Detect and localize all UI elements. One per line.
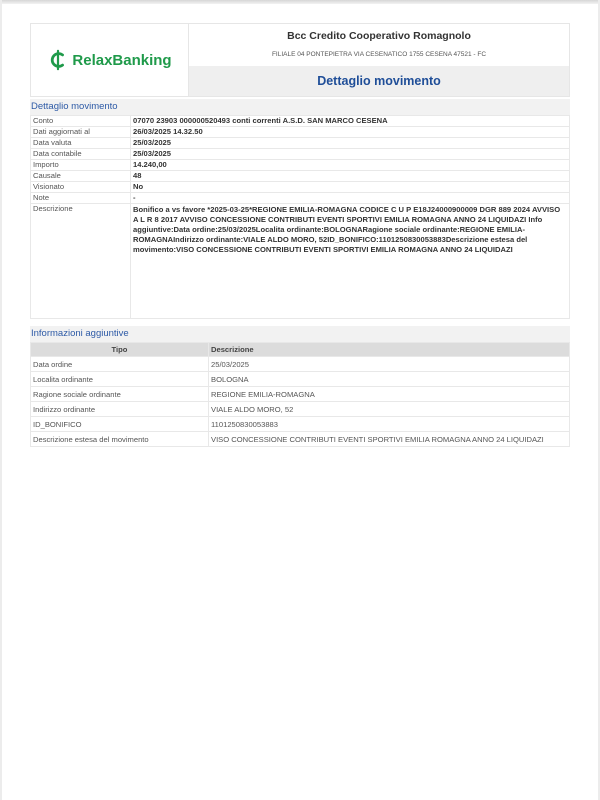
info-section-heading: Informazioni aggiuntive [30,326,570,342]
detail-row: Dati aggiornati al26/03/2025 14.32.50 [31,127,570,138]
detail-label: Causale [31,171,131,182]
info-table: Tipo Descrizione Data ordine25/03/2025Lo… [30,342,570,447]
detail-table: Conto07070 23903 000000520493 conti corr… [30,115,570,319]
info-descrizione: BOLOGNA [209,372,570,387]
logo-cell: RelaxBanking [31,24,189,96]
detail-row: Data valuta25/03/2025 [31,138,570,149]
detail-label: Importo [31,160,131,171]
document: RelaxBanking Bcc Credito Cooperativo Rom… [30,23,570,447]
info-descrizione: VIALE ALDO MORO, 52 [209,402,570,417]
detail-label: Note [31,193,131,204]
detail-row: Note- [31,193,570,204]
relaxbanking-logo-icon [47,49,69,71]
detail-row: Causale48 [31,171,570,182]
detail-value: 25/03/2025 [131,138,570,149]
document-header: RelaxBanking Bcc Credito Cooperativo Rom… [30,23,570,97]
info-descrizione: VISO CONCESSIONE CONTRIBUTI EVENTI SPORT… [209,432,570,447]
detail-label: Data contabile [31,149,131,160]
detail-label: Visionato [31,182,131,193]
detail-row: Conto07070 23903 000000520493 conti corr… [31,116,570,127]
info-row: Data ordine25/03/2025 [31,357,570,372]
info-tipo: Ragione sociale ordinante [31,387,209,402]
column-header-descrizione: Descrizione [209,343,570,357]
detail-label: Conto [31,116,131,127]
detail-value: Bonifico a vs favore *2025-03-25*REGIONE… [131,204,570,319]
detail-value: - [131,193,570,204]
info-tipo: Indirizzo ordinante [31,402,209,417]
info-tipo: Localita ordinante [31,372,209,387]
detail-label: Data valuta [31,138,131,149]
info-tipo: Data ordine [31,357,209,372]
detail-label: Dati aggiornati al [31,127,131,138]
page-edge-left [0,0,2,800]
info-row: Ragione sociale ordinanteREGIONE EMILIA-… [31,387,570,402]
info-row: Indirizzo ordinanteVIALE ALDO MORO, 52 [31,402,570,417]
info-row: Descrizione estesa del movimentoVISO CON… [31,432,570,447]
bank-info: Bcc Credito Cooperativo Romagnolo FILIAL… [189,24,569,96]
detail-section-heading: Dettaglio movimento [30,99,570,115]
detail-label: Descrizione [31,204,131,319]
bank-top: Bcc Credito Cooperativo Romagnolo FILIAL… [189,24,569,66]
bank-branch: FILIALE 04 PONTEPIETRA VIA CESENATICO 17… [189,51,569,58]
detail-row: DescrizioneBonifico a vs favore *2025-03… [31,204,570,319]
detail-value: 26/03/2025 14.32.50 [131,127,570,138]
page-edge-top [0,0,600,4]
detail-value: 48 [131,171,570,182]
bank-name: Bcc Credito Cooperativo Romagnolo [189,24,569,42]
detail-value: 25/03/2025 [131,149,570,160]
page-title: Dettaglio movimento [189,66,569,96]
info-row: ID_BONIFICO1101250830053883 [31,417,570,432]
detail-value: 14.240,00 [131,160,570,171]
info-descrizione: 25/03/2025 [209,357,570,372]
info-tipo: ID_BONIFICO [31,417,209,432]
info-descrizione: 1101250830053883 [209,417,570,432]
info-table-header: Tipo Descrizione [31,343,570,357]
column-header-tipo: Tipo [31,343,209,357]
relaxbanking-logo: RelaxBanking [47,49,171,71]
detail-value: 07070 23903 000000520493 conti correnti … [131,116,570,127]
detail-row: VisionatoNo [31,182,570,193]
info-tipo: Descrizione estesa del movimento [31,432,209,447]
info-row: Localita ordinanteBOLOGNA [31,372,570,387]
detail-row: Data contabile25/03/2025 [31,149,570,160]
logo-text: RelaxBanking [72,52,171,69]
info-descrizione: REGIONE EMILIA-ROMAGNA [209,387,570,402]
detail-row: Importo14.240,00 [31,160,570,171]
detail-value: No [131,182,570,193]
